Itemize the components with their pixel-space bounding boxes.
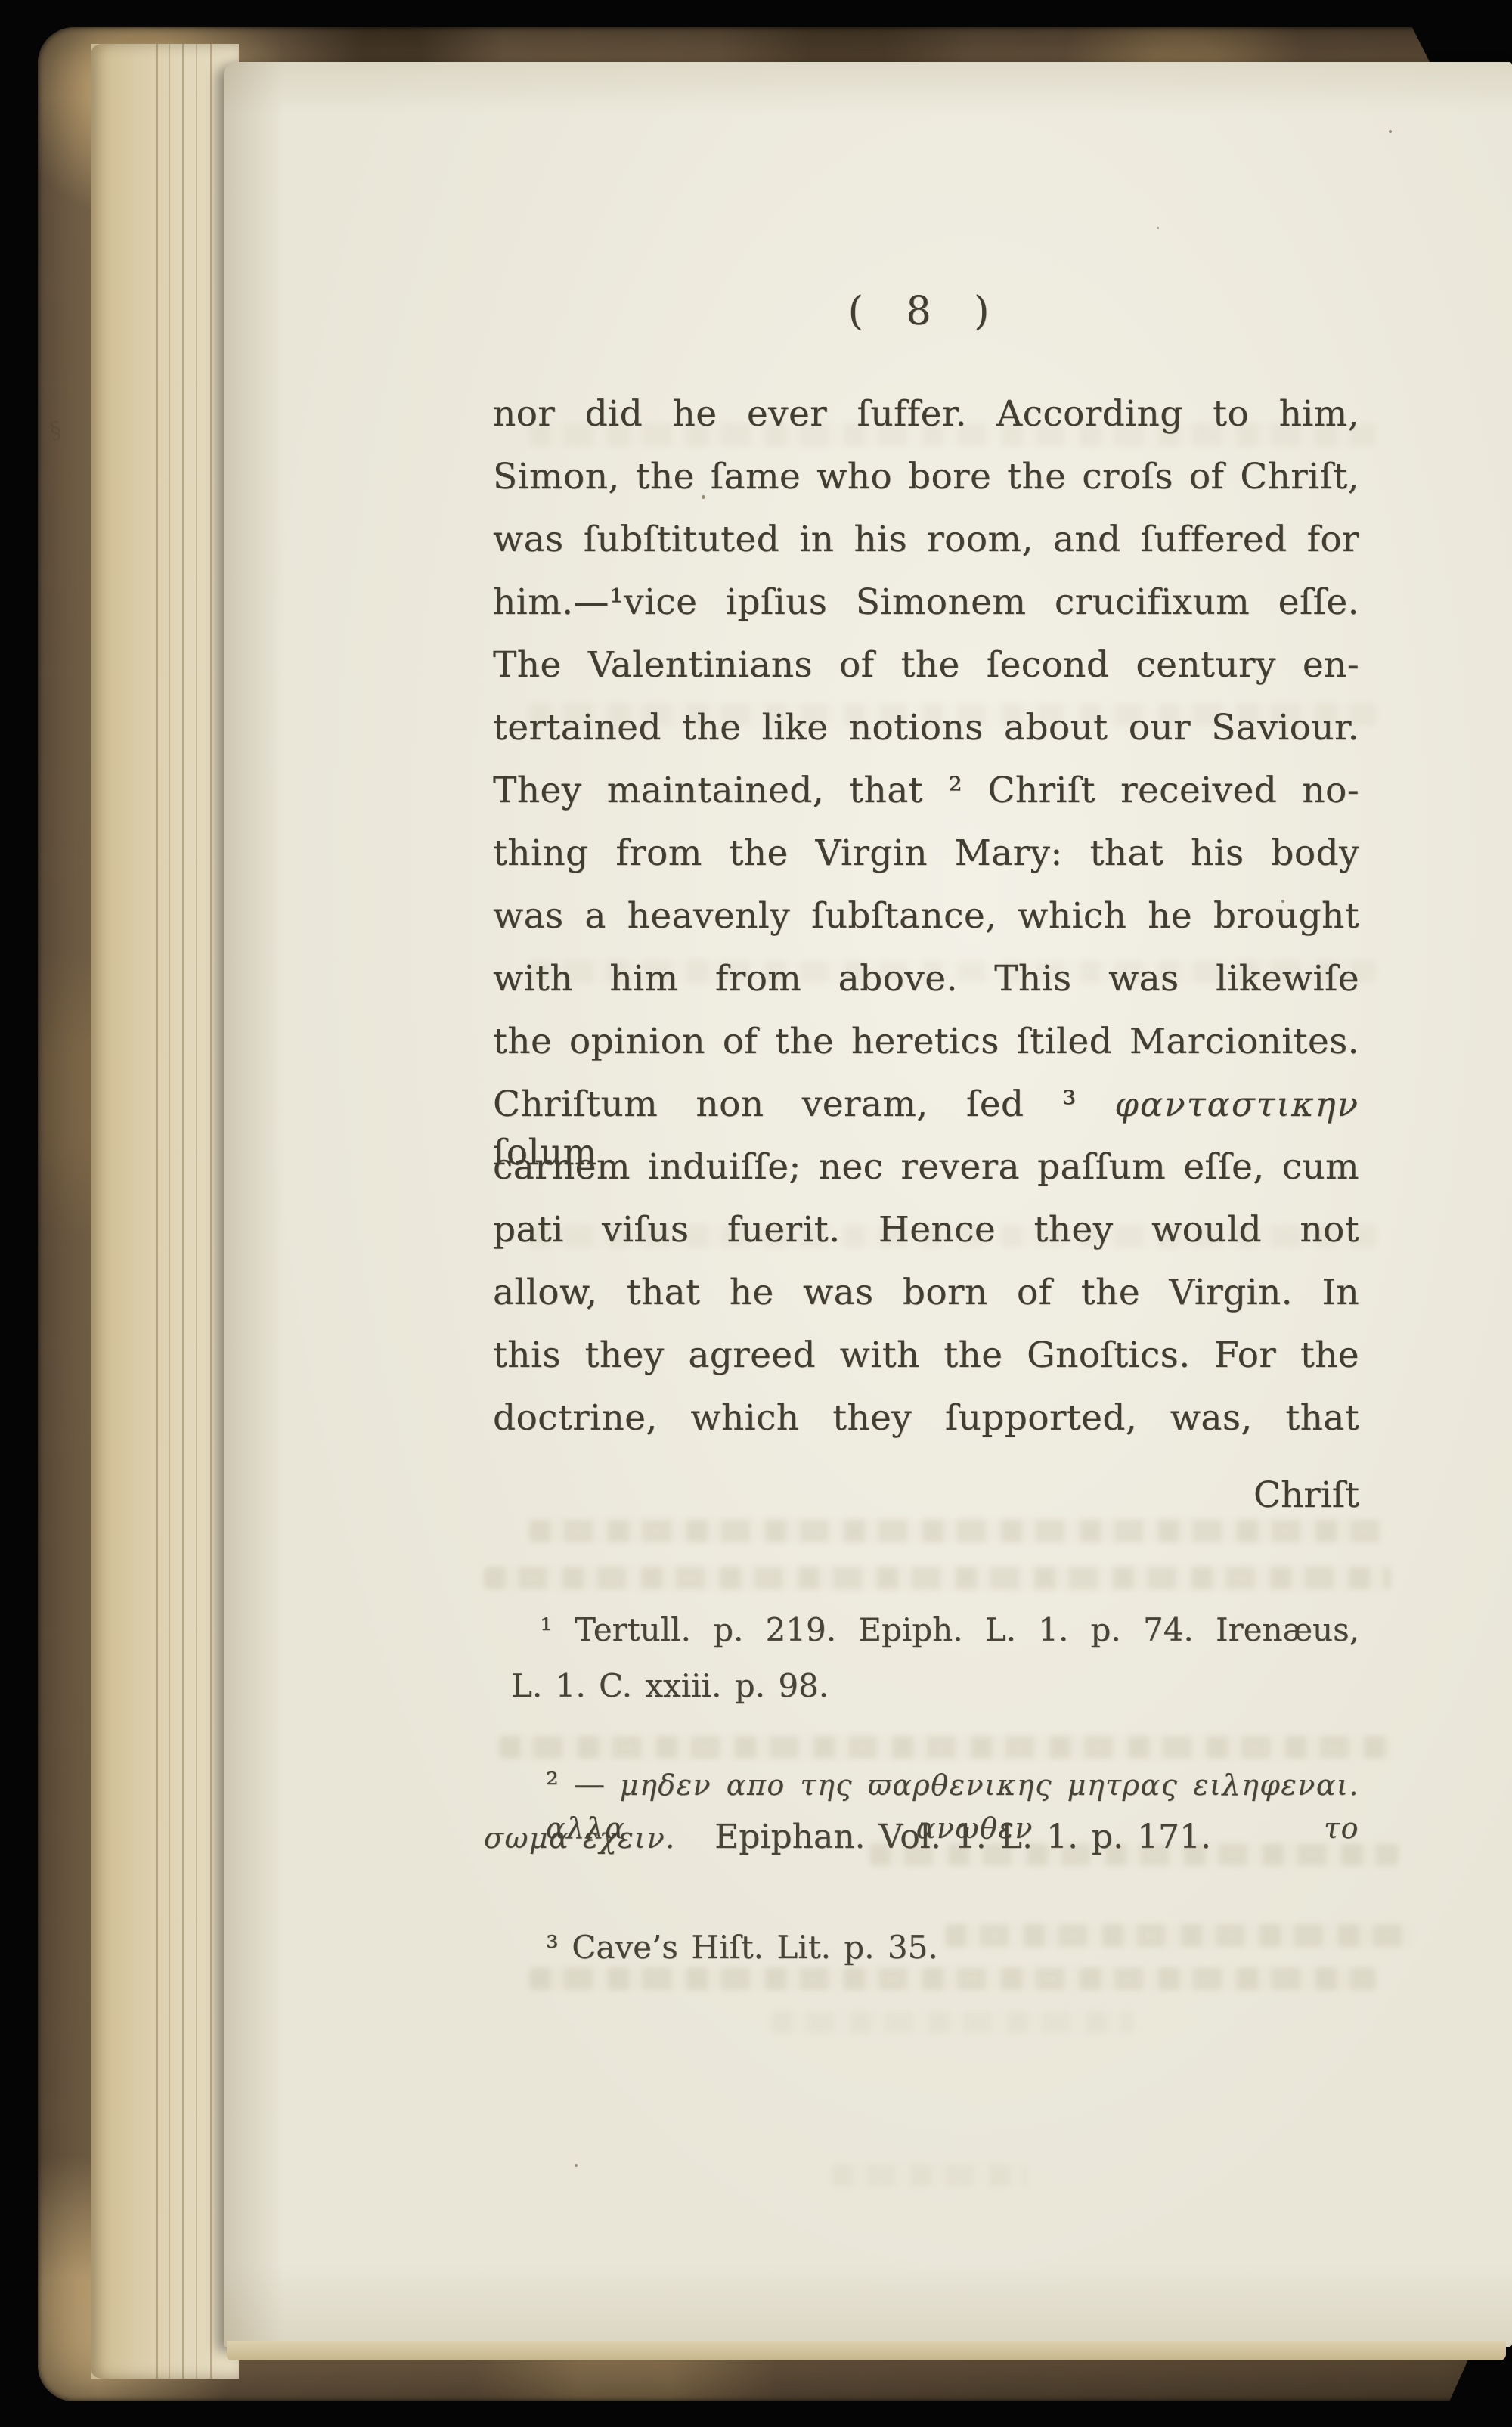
body-line: was a heavenly ſubſtance, which he broug… <box>493 892 1359 942</box>
greek-text: σωμα εχειν. <box>484 1821 676 1855</box>
paper-speck <box>1157 227 1159 229</box>
footnote-2-citation: Epiphan. Vol. 1. L. 1. p. 171. <box>714 1818 1211 1856</box>
body-line-with-greek: Chriſtum non veram, ſed ³ φανταστικην ſo… <box>493 1080 1359 1130</box>
footnote-2-marker: ² — <box>546 1765 605 1802</box>
showthrough-smudge <box>484 1567 1391 1589</box>
showthrough-smudge <box>771 2011 1134 2034</box>
body-line: him.—¹vice ipſius Simonem crucifixum eſſ… <box>493 578 1359 628</box>
under-page-edge <box>227 2341 1506 2360</box>
body-line: allow, that he was born of the Virgin. I… <box>493 1269 1359 1319</box>
greek-text: φανταστικην <box>1114 1084 1359 1124</box>
catchword: Chriſt <box>493 1474 1359 1516</box>
footnote-1-line-2: L. 1. C. xxiii. p. 98. <box>493 1665 1377 1707</box>
paper-speck <box>575 2164 578 2167</box>
showthrough-smudge <box>832 2164 1028 2187</box>
body-line: pati viſus fuerit. Hence they would not <box>493 1206 1359 1256</box>
body-line: tertained the like notions about our Sav… <box>493 704 1359 754</box>
showthrough-smudge <box>529 1520 1383 1542</box>
body-line: with him from above. This was likewiſe <box>493 955 1359 1005</box>
paper-speck <box>1389 130 1392 133</box>
body-line: was ſubſtituted in his room, and ſuffere… <box>493 516 1359 566</box>
body-line: They maintained, that ² Chriſt received … <box>493 767 1359 817</box>
body-line: carnem induiſſe; nec revera paſſum eſſe,… <box>493 1143 1359 1193</box>
body-line: this they agreed with the Gnoſtics. For … <box>493 1331 1359 1381</box>
fanned-page-edges <box>91 44 239 2379</box>
body-line: the opinion of the heretics ſtiled Marci… <box>493 1018 1359 1068</box>
body-line: Simon, the ſame who bore the croſs of Ch… <box>493 453 1359 503</box>
showthrough-smudge <box>529 1967 1376 1990</box>
body-line: thing from the Virgin Mary: that his bod… <box>493 829 1359 879</box>
body-line: The Valentinians of the ſecond century e… <box>493 641 1359 691</box>
footnote-1-line-1: ¹ Tertull. p. 219. Epiph. L. 1. p. 74. I… <box>493 1609 1359 1651</box>
body-line: doctrine, which they ſupported, was, tha… <box>493 1394 1359 1444</box>
page-number-header: ( 8 ) <box>493 289 1359 334</box>
footnote-2-line-2: σωμα εχειν. Epiphan. Vol. 1. L. 1. p. 17… <box>484 1816 1350 1859</box>
body-line: nor did he ever ſuffer. According to him… <box>493 390 1359 440</box>
footnote-3: ³ Cave’s Hiſt. Lit. p. 35. <box>493 1926 1412 1969</box>
book-photo: § ( 8 ) nor did he ever ſuffer. Accordin… <box>0 0 1512 2427</box>
showthrough-smudge <box>499 1736 1391 1759</box>
latin-text: Chriſtum non veram, ſed ³ <box>493 1083 1077 1125</box>
